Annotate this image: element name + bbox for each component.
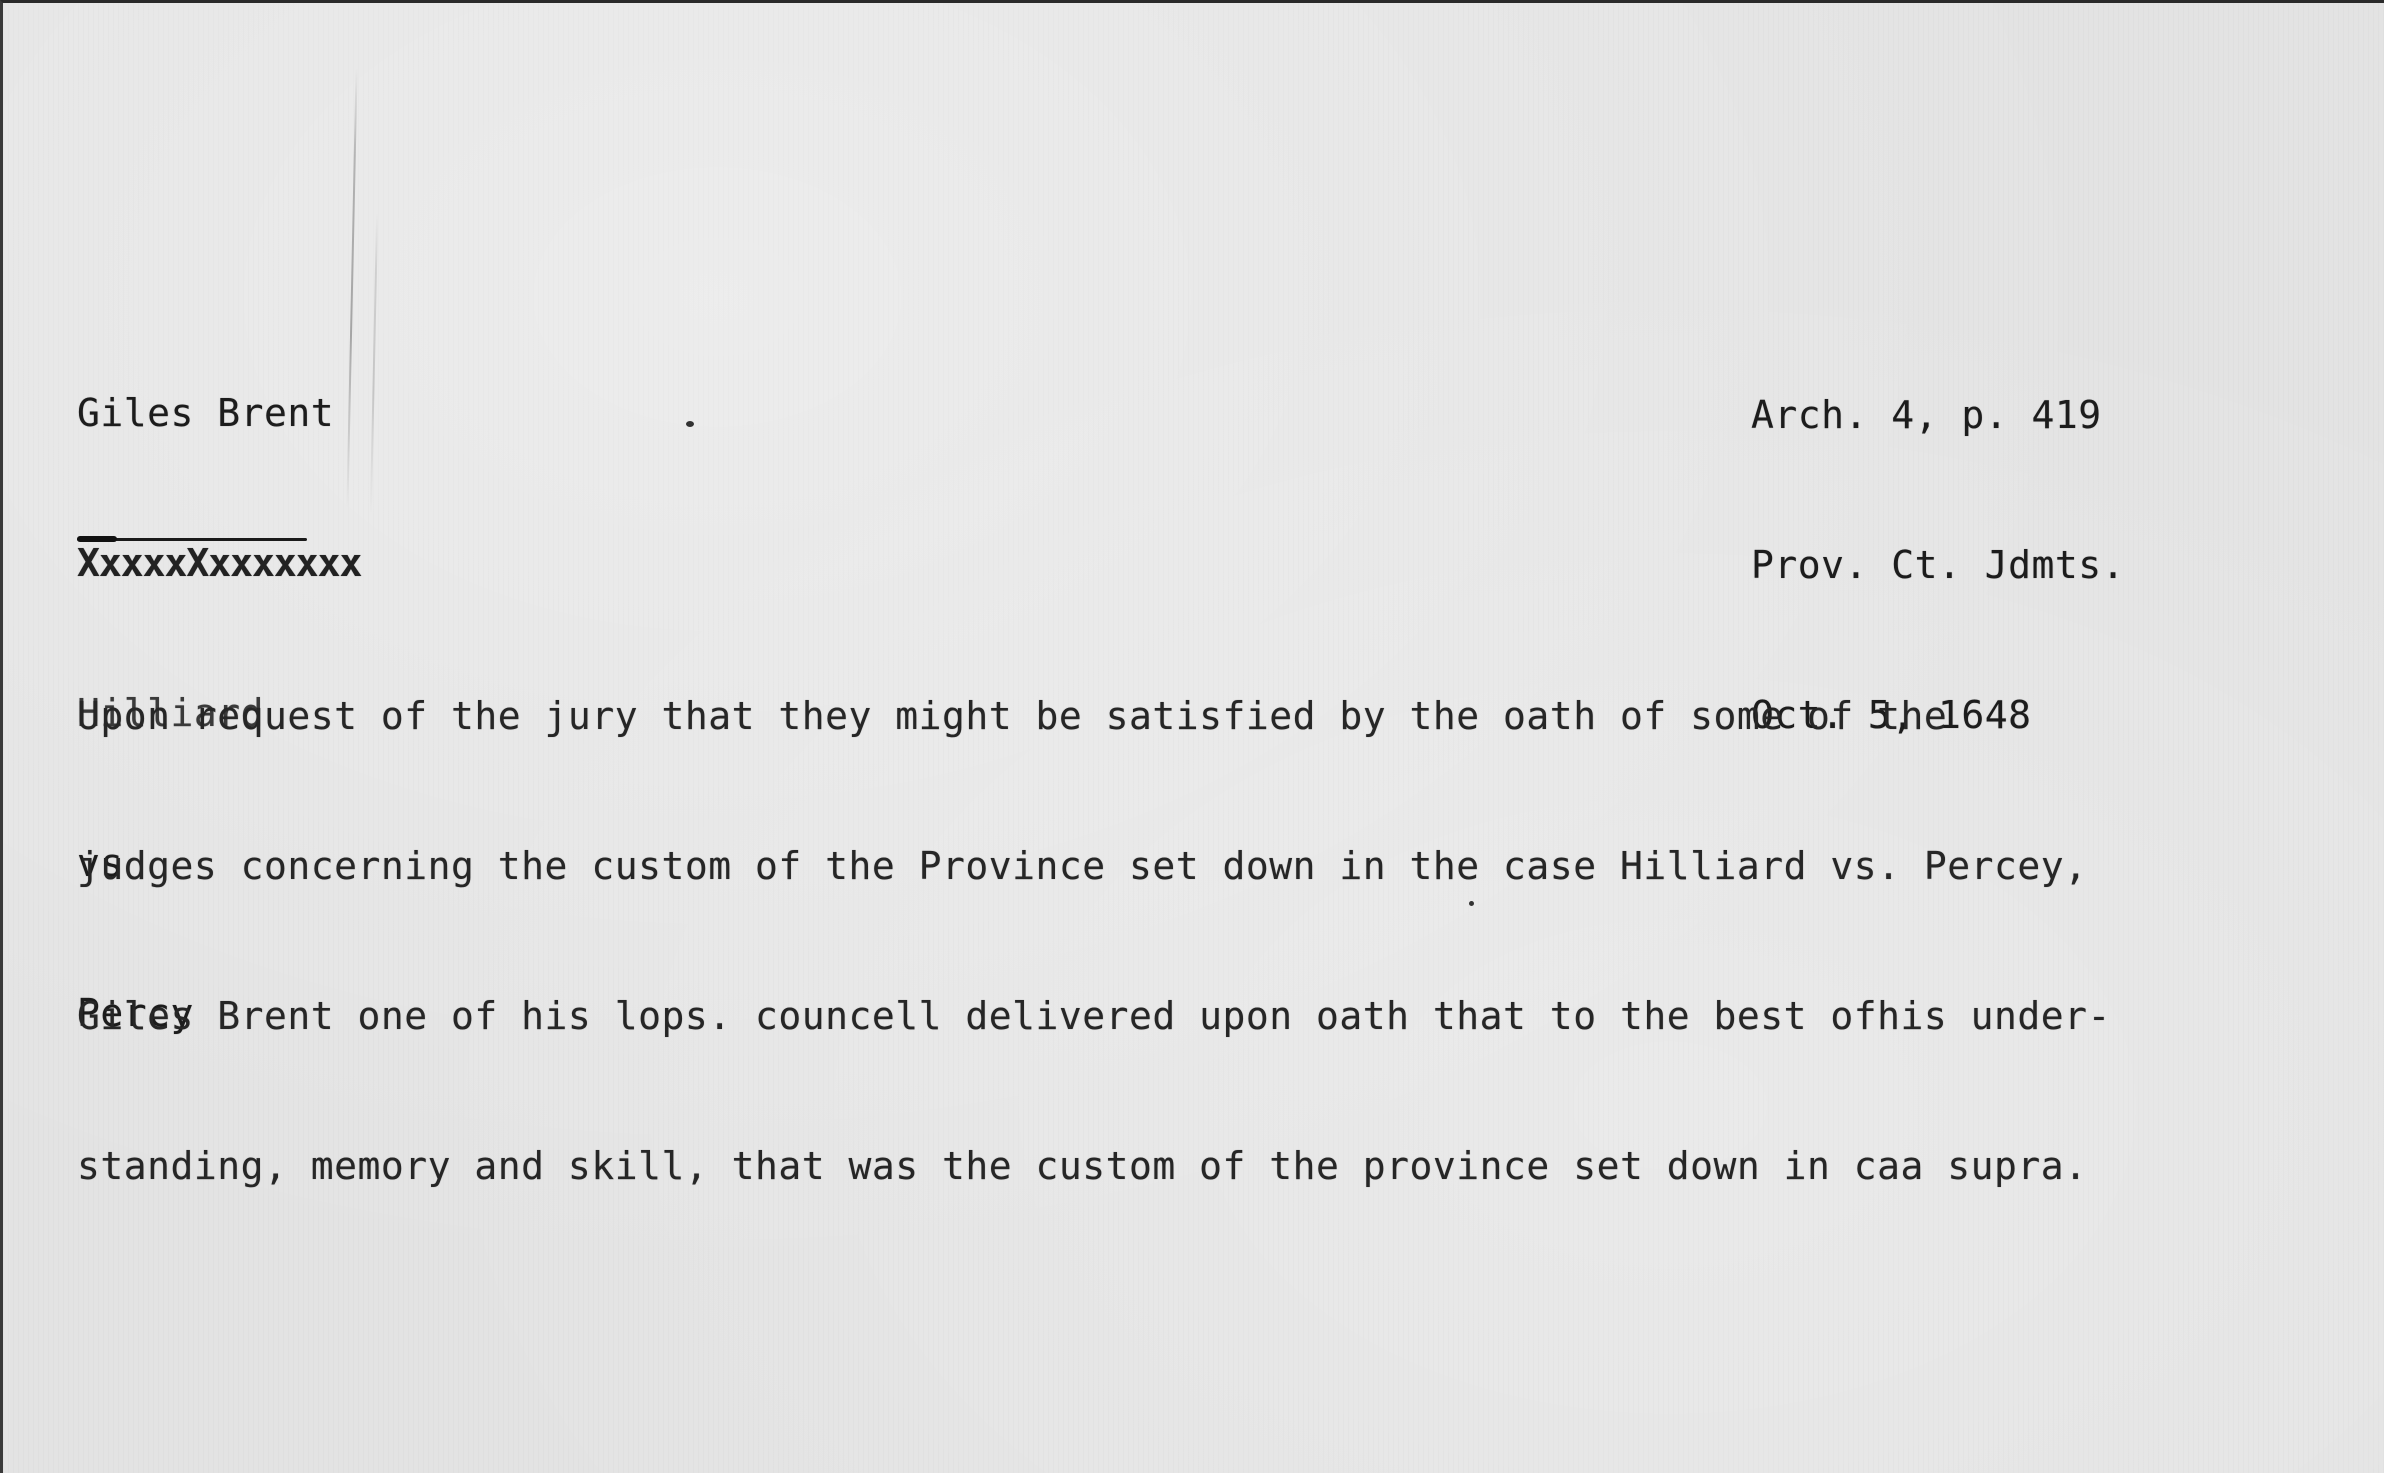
ink-speck [1469, 901, 1474, 906]
heading-underline [77, 538, 307, 541]
paper-crease-faint [370, 213, 378, 513]
summary-line: judges concerning the custom of the Prov… [77, 841, 2337, 891]
case-summary: Upon request of the jury that they might… [77, 591, 2337, 1291]
citation-court: Prov. Ct. Jdmts. [1751, 540, 2125, 590]
party-plaintiff-1: Giles Brent [77, 388, 361, 438]
ink-speck [686, 421, 694, 427]
summary-line: standing, memory and skill, that was the… [77, 1141, 2337, 1191]
index-card: Giles Brent XxxxxXxxxxxxx Hilliard vs Pe… [0, 0, 2384, 1473]
citation-archive: Arch. 4, p. 419 [1751, 390, 2125, 440]
summary-line: Giles Brent one of his lops. councell de… [77, 991, 2337, 1041]
summary-line: Upon request of the jury that they might… [77, 691, 2337, 741]
struck-out-text: XxxxxXxxxxxxx [77, 538, 361, 588]
